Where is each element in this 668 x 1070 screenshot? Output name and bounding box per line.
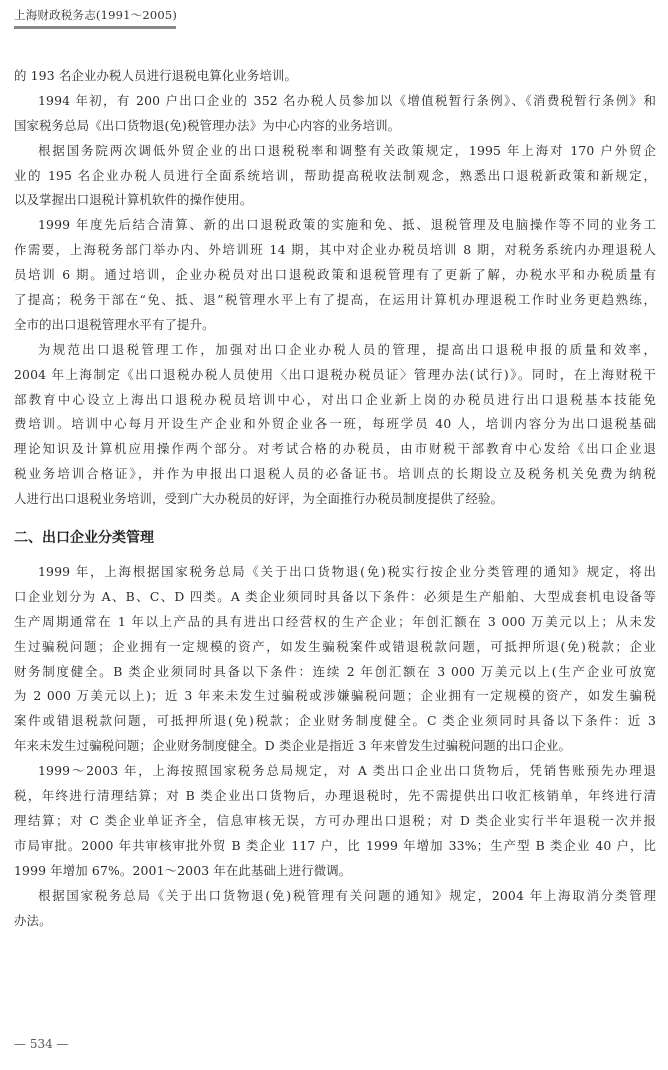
text-line: 的 193 名企业办税人员进行退税电算化业务培训。 — [14, 64, 656, 89]
text-line: 2004 年上海制定《出口退税办税人员使用〈出口退税办税员证〉管理办法(试行)》… — [14, 363, 656, 388]
text-line: 1999 年度先后结合清算、新的出口退税政策的实施和免、抵、退税管理及电脑操作等… — [14, 213, 656, 238]
paragraph: 1999～2003 年，上海按照国家税务总局规定，对 A 类出口企业出口货物后，… — [14, 759, 656, 883]
paragraph: 为规范出口退税管理工作，加强对出口企业办税人员的管理，提高出口退税申报的质量和效… — [14, 338, 656, 512]
text-line: 案件或错退税款问题，可抵押所退(免)税款；企业财务制度健全。C 类企业须同时具备… — [14, 709, 656, 734]
text-line: 为规范出口退税管理工作，加强对出口企业办税人员的管理，提高出口退税申报的质量和效… — [14, 338, 656, 363]
paragraph: 根据国家税务总局《关于出口货物退(免)税管理有关问题的通知》规定，2004 年上… — [14, 884, 656, 934]
text-line: 根据国务院两次调低外贸企业的出口退税税率和调整有关政策规定，1995 年上海对 … — [14, 139, 656, 164]
paragraph: 1999 年度先后结合清算、新的出口退税政策的实施和免、抵、退税管理及电脑操作等… — [14, 213, 656, 337]
paragraph: 的 193 名企业办税人员进行退税电算化业务培训。 — [14, 64, 656, 89]
text-line: 根据国家税务总局《关于出口货物退(免)税管理有关问题的通知》规定，2004 年上… — [14, 884, 656, 909]
text-line: 员培训 6 期。通过培训，企业办税员对出口退税政策和退税管理有了更新了解，办税水… — [14, 263, 656, 288]
page-number: — 534 — — [14, 1037, 69, 1051]
text-line: 了提高；税务干部在“免、抵、退”税管理水平上有了提高，在运用计算机办理退税工作时… — [14, 288, 656, 313]
paragraph: 1994 年初，有 200 户出口企业的 352 名办税人员参加以《增值税暂行条… — [14, 89, 656, 139]
running-head: 上海财政税务志(1991～2005) — [14, 7, 177, 23]
text-line: 1999 年，上海根据国家税务总局《关于出口货物退(免)税实行按企业分类管理的通… — [14, 560, 656, 585]
page-body: 的 193 名企业办税人员进行退税电算化业务培训。1994 年初，有 200 户… — [14, 64, 656, 933]
text-line: 办法。 — [14, 909, 656, 934]
text-line: 财务制度健全。B 类企业须同时具备以下条件：连续 2 年创汇额在 3 000 万… — [14, 660, 656, 685]
section-heading: 二、出口企业分类管理 — [14, 518, 656, 558]
text-line: 业的 195 名企业办税人员进行全面系统培训，帮助提高税收法制观念，熟悉出口退税… — [14, 164, 656, 189]
text-line: 作需要，上海税务部门举办内、外培训班 14 期，其中对企业办税员培训 8 期，对… — [14, 238, 656, 263]
text-line: 生产周期通常在 1 年以上产品的具有进出口经营权的生产企业；年创汇额在 3 00… — [14, 610, 656, 635]
text-line: 理结算；对 C 类企业单证齐全，信息审核无误，方可办理出口退税；对 D 类企业实… — [14, 809, 656, 834]
text-line: 税业务培训合格证》，并作为申报出口退税人员的必备证书。培训点的长期设立及税务机关… — [14, 462, 656, 487]
text-line: 为 2 000 万美元以上)；近 3 年来未发生过骗税或涉嫌骗税问题；企业拥有一… — [14, 684, 656, 709]
text-line: 市局审批。2000 年共审核审批外贸 B 类企业 117 户，比 1999 年增… — [14, 834, 656, 859]
text-line: 人进行出口退税业务培训，受到广大办税员的好评，为全面推行办税员制度提供了经验。 — [14, 487, 656, 512]
text-line: 费培训。培训中心每月开设生产企业和外贸企业各一班，每班学员 40 人，培训内容分… — [14, 412, 656, 437]
paragraph: 1999 年，上海根据国家税务总局《关于出口货物退(免)税实行按企业分类管理的通… — [14, 560, 656, 759]
text-line: 税，年终进行清理结算；对 B 类企业出口货物后，办理退税时，先不需提供出口收汇核… — [14, 784, 656, 809]
text-line: 口企业划分为 A、B、C、D 四类。A 类企业须同时具备以下条件：必须是生产船舶… — [14, 585, 656, 610]
text-line: 部教育中心设立上海出口退税办税员培训中心，对出口企业新上岗的办税员进行出口退税基… — [14, 388, 656, 413]
paragraph: 根据国务院两次调低外贸企业的出口退税税率和调整有关政策规定，1995 年上海对 … — [14, 139, 656, 214]
text-line: 国家税务总局《出口货物退(免)税管理办法》为中心内容的业务培训。 — [14, 114, 656, 139]
text-line: 全市的出口退税管理水平有了提升。 — [14, 313, 656, 338]
text-line: 以及掌握出口退税计算机软件的操作使用。 — [14, 188, 656, 213]
text-line: 1999～2003 年，上海按照国家税务总局规定，对 A 类出口企业出口货物后，… — [14, 759, 656, 784]
text-line: 年来未发生过骗税问题；企业财务制度健全。D 类企业是指近 3 年来曾发生过骗税问… — [14, 734, 656, 759]
text-line: 理论知识及计算机应用操作两个部分。对考试合格的办税员，由市财税干部教育中心发给《… — [14, 437, 656, 462]
running-head-rule — [14, 26, 176, 29]
text-line: 生过骗税问题；企业拥有一定规模的资产，如发生骗税案件或错退税款问题，可抵押所退(… — [14, 635, 656, 660]
text-line: 1999 年增加 67%。2001～2003 年在此基础上进行微调。 — [14, 859, 656, 884]
text-line: 1994 年初，有 200 户出口企业的 352 名办税人员参加以《增值税暂行条… — [14, 89, 656, 114]
